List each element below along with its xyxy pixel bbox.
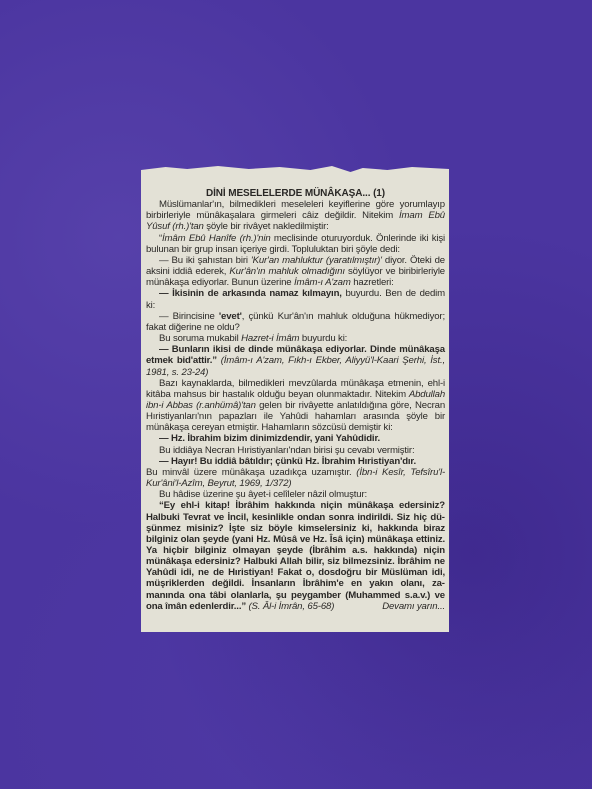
continued-note: Devamı yarın... (382, 601, 445, 612)
paragraph-sources: Bazı kaynaklarda, bilmedikleri mevzûlard… (146, 378, 445, 434)
paragraph-claim: — Bu iki şahıstan biri 'Kur'an mahluktur… (146, 255, 445, 288)
paragraph-imam-reply: — İkisinin de arkasında namaz kılmayın, … (146, 288, 445, 310)
paragraph-response-intro: Bu soruma mukabil Hazret-i İmâm buyurdu … (146, 333, 445, 344)
clipping-text: DİNİ MESELELERDE MÜNÂKAŞA... (1) Müslüma… (146, 188, 445, 612)
paragraph-christian-answer-intro: Bu iddiâya Necran Hıristiyanları'ndan bi… (146, 445, 445, 456)
paragraph-jewish-claim: — Hz. İbrahim bizim dinimizdendir, yani … (146, 433, 445, 444)
paragraph-christian-claim: — Hayır! Bu iddiâ bâtıldır; çünkü Hz. İb… (146, 456, 445, 467)
paragraph-dispute: Bu minvâl üzere münâkaşa uzadıkça uzamış… (146, 467, 445, 489)
paragraph-narration: “İmâm Ebû Hanîfe (rh.)'nin meclisinde ot… (146, 233, 445, 255)
paragraph-verse: “Ey ehl-i kitap! İbrâhim hakkında niçin … (146, 500, 445, 612)
article-title: DİNİ MESELELERDE MÜNÂKAŞA... (1) (146, 188, 445, 199)
paragraph-question: — Birincisine 'evet', çünkü Kur'ân'ın ma… (146, 311, 445, 333)
newspaper-clipping: DİNİ MESELELERDE MÜNÂKAŞA... (1) Müslüma… (141, 166, 449, 632)
paragraph-revelation: Bu hâdise üzerine şu âyet-i celîleler nâ… (146, 489, 445, 500)
paragraph-intro: Müslümanlar'ın, bilmedikleri meseleleri … (146, 199, 445, 232)
citation: (S. Âl-i İmrân, 65-68) (246, 601, 334, 612)
paragraph-bidat: — Bunların ikisi de dinde münâkaşa ediyo… (146, 344, 445, 377)
